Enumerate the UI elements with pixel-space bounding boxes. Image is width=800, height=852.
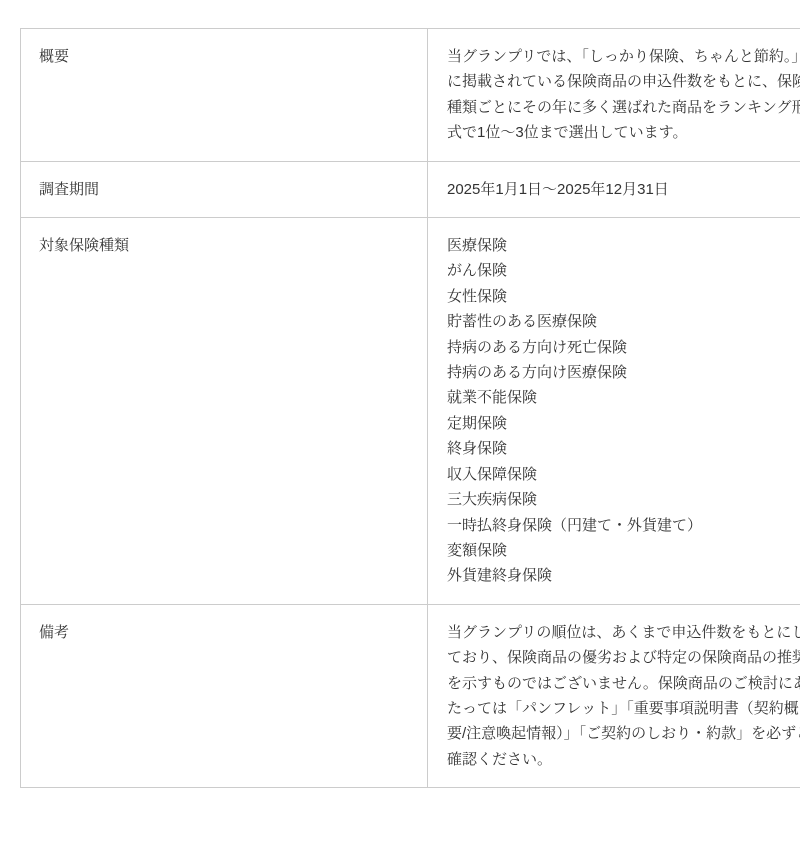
row-value-overview: 当グランプリでは、「しっかり保険、ちゃんと節約。」に掲載されている保険商品の申込… — [428, 29, 800, 162]
insurance-type-item: 持病のある方向け医療保険 — [447, 360, 800, 385]
insurance-type-item: 医療保険 — [447, 233, 800, 258]
insurance-type-list: 医療保険がん保険女性保険貯蓄性のある医療保険持病のある方向け死亡保険持病のある方… — [447, 233, 800, 589]
remarks-text: 当グランプリの順位は、あくまで申込件数をもとにしており、保険商品の優劣および特定… — [447, 620, 800, 772]
insurance-type-item: 収入保障保険 — [447, 462, 800, 487]
table-row-overview: 概要 当グランプリでは、「しっかり保険、ちゃんと節約。」に掲載されている保険商品… — [21, 29, 800, 162]
insurance-type-item: 三大疾病保険 — [447, 487, 800, 512]
overview-text: 当グランプリでは、「しっかり保険、ちゃんと節約。」に掲載されている保険商品の申込… — [447, 44, 800, 146]
insurance-type-item: 終身保険 — [447, 436, 800, 461]
row-label-insurance-types: 対象保険種類 — [21, 218, 428, 605]
survey-period-text: 2025年1月1日～2025年12月31日 — [447, 177, 800, 202]
insurance-type-item: 外貨建終身保険 — [447, 563, 800, 588]
table-row-insurance-types: 対象保険種類 医療保険がん保険女性保険貯蓄性のある医療保険持病のある方向け死亡保… — [21, 218, 800, 605]
table-row-remarks: 備考 当グランプリの順位は、あくまで申込件数をもとにしており、保険商品の優劣およ… — [21, 604, 800, 787]
insurance-type-item: 変額保険 — [447, 538, 800, 563]
row-value-insurance-types: 医療保険がん保険女性保険貯蓄性のある医療保険持病のある方向け死亡保険持病のある方… — [428, 218, 800, 605]
insurance-type-item: 女性保険 — [447, 284, 800, 309]
table-row-survey-period: 調査期間 2025年1月1日～2025年12月31日 — [21, 161, 800, 217]
row-label-survey-period: 調査期間 — [21, 161, 428, 217]
insurance-type-item: 貯蓄性のある医療保険 — [447, 309, 800, 334]
insurance-type-item: 定期保険 — [447, 411, 800, 436]
insurance-type-item: 一時払終身保険（円建て・外貨建て） — [447, 513, 800, 538]
row-label-overview: 概要 — [21, 29, 428, 162]
insurance-type-item: 就業不能保険 — [447, 385, 800, 410]
row-label-remarks: 備考 — [21, 604, 428, 787]
insurance-type-item: がん保険 — [447, 258, 800, 283]
row-value-survey-period: 2025年1月1日～2025年12月31日 — [428, 161, 800, 217]
row-value-remarks: 当グランプリの順位は、あくまで申込件数をもとにしており、保険商品の優劣および特定… — [428, 604, 800, 787]
insurance-type-item: 持病のある方向け死亡保険 — [447, 335, 800, 360]
grand-prix-info-table-container: 概要 当グランプリでは、「しっかり保険、ちゃんと節約。」に掲載されている保険商品… — [20, 28, 760, 788]
grand-prix-info-table: 概要 当グランプリでは、「しっかり保険、ちゃんと節約。」に掲載されている保険商品… — [20, 28, 800, 788]
